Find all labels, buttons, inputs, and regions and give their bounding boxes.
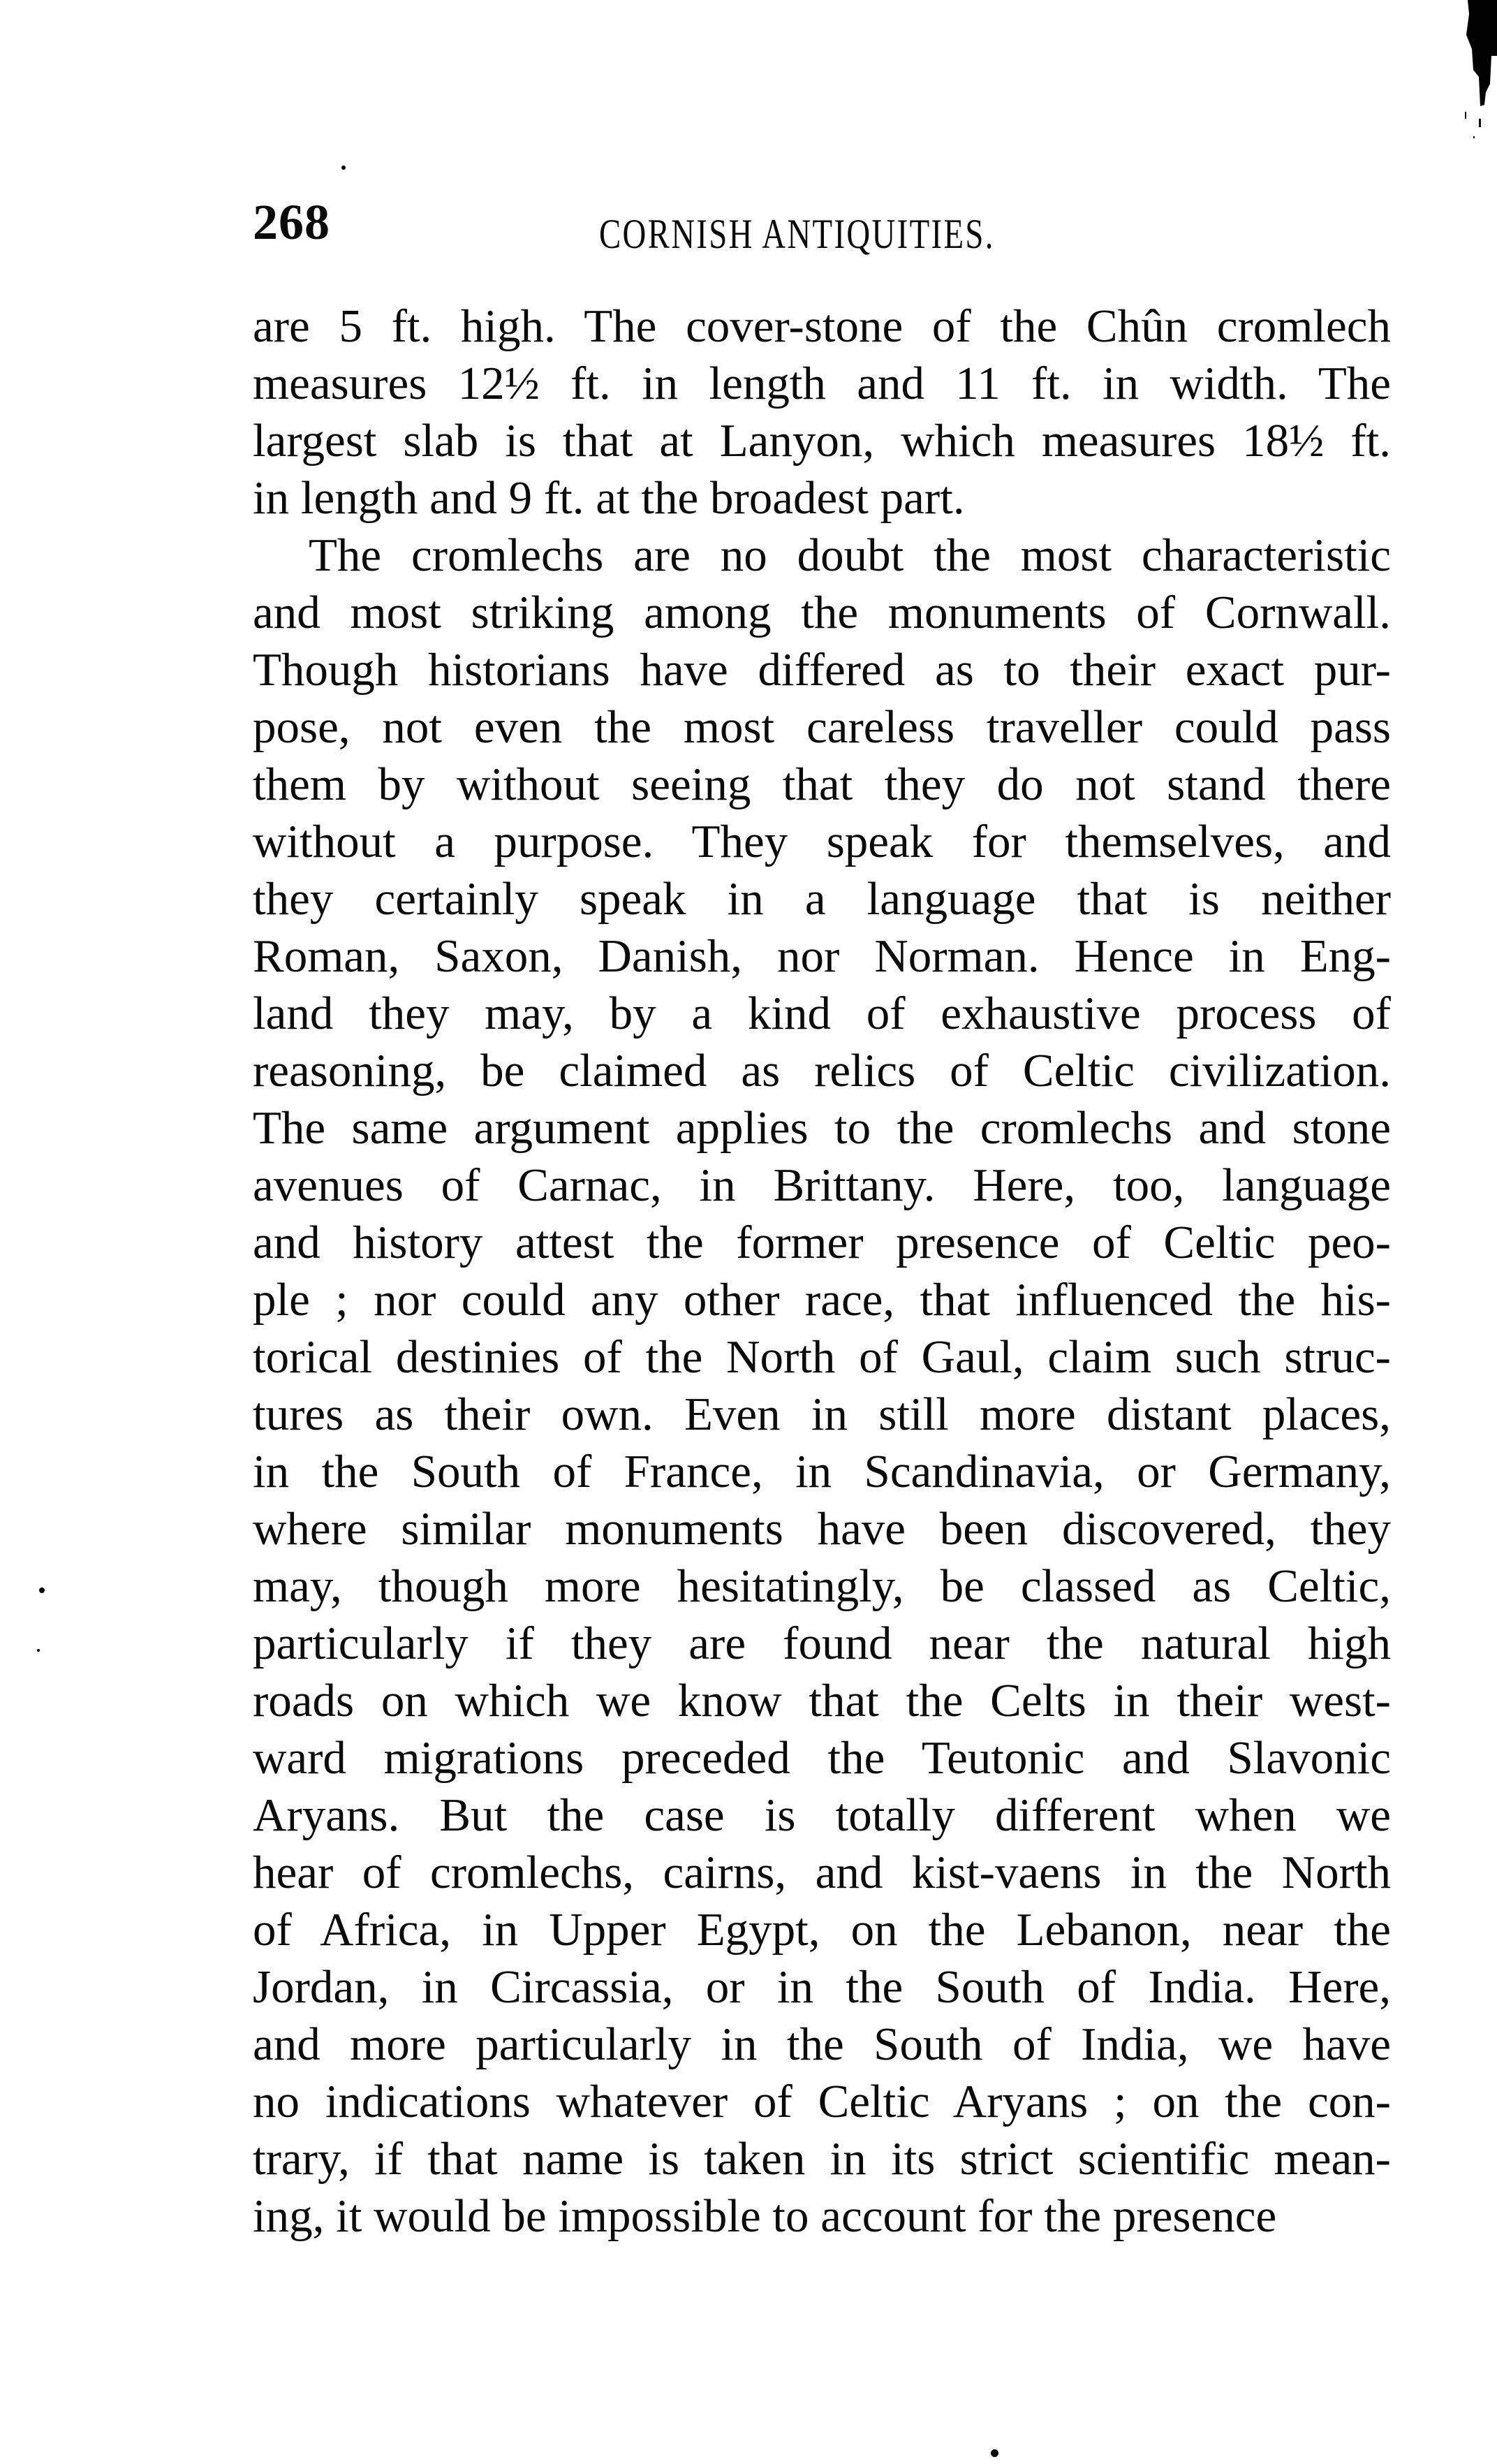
text-line: hear of cromlechs, cairns, and kist-vaen… — [253, 1844, 1391, 1901]
scan-speck — [37, 1649, 40, 1652]
body-text: are 5 ft. high. The cover-stone of the C… — [253, 298, 1391, 2245]
text-line: roads on which we know that the Celts in… — [253, 1672, 1391, 1729]
text-line: no indications whatever of Celtic Aryans… — [253, 2073, 1391, 2130]
scan-speck — [991, 2449, 998, 2457]
text-line: ing, it would be impossible to account f… — [253, 2187, 1391, 2245]
text-line: are 5 ft. high. The cover-stone of the C… — [253, 298, 1391, 355]
text-line: particularly if they are found near the … — [253, 1615, 1391, 1672]
text-line: avenues of Carnac, in Brittany. Here, to… — [253, 1157, 1391, 1214]
text-line: Jordan, in Circassia, or in the South of… — [253, 1958, 1391, 2016]
text-line: ward migrations preceded the Teutonic an… — [253, 1729, 1391, 1787]
text-line: measures 12½ ft. in length and 11 ft. in… — [253, 355, 1391, 412]
text-line: The same argument applies to the cromlec… — [253, 1099, 1391, 1157]
text-line: them by without seeing that they do not … — [253, 756, 1391, 813]
text-line-paragraph-end: in length and 9 ft. at the broadest part… — [253, 469, 1391, 527]
text-line: in the South of France, in Scandinavia, … — [253, 1443, 1391, 1500]
text-line: Roman, Saxon, Danish, nor Norman. Hence … — [253, 927, 1391, 985]
text-line: Though historians have differed as to th… — [253, 641, 1391, 698]
text-line: largest slab is that at Lanyon, which me… — [253, 412, 1391, 469]
running-head-text: CORNISH ANTIQUITIES. — [599, 210, 995, 258]
text-line: reasoning, be claimed as relics of Celti… — [253, 1042, 1391, 1099]
text-line: torical destinies of the North of Gaul, … — [253, 1328, 1391, 1386]
text-line: they certainly speak in a language that … — [253, 870, 1391, 927]
text-line: trary, if that name is taken in its stri… — [253, 2130, 1391, 2187]
text-line: and most striking among the monuments of… — [253, 584, 1391, 641]
page-number: 268 — [253, 194, 330, 250]
text-line: and more particularly in the South of In… — [253, 2016, 1391, 2073]
text-line: of Africa, in Upper Egypt, on the Lebano… — [253, 1901, 1391, 1958]
text-line: ple ; nor could any other race, that inf… — [253, 1271, 1391, 1328]
text-line: pose, not even the most careless travell… — [253, 698, 1391, 756]
text-line: land they may, by a kind of exhaustive p… — [253, 985, 1391, 1042]
text-line: Aryans. But the case is totally differen… — [253, 1787, 1391, 1844]
running-head: CORNISH ANTIQUITIES. — [599, 210, 1046, 258]
text-line: and history attest the former presence o… — [253, 1214, 1391, 1271]
text-line: may, though more hesitatingly, be classe… — [253, 1557, 1391, 1615]
text-line: tures as their own. Even in still more d… — [253, 1386, 1391, 1443]
scan-speck — [341, 166, 346, 170]
text-line-paragraph-start: The cromlechs are no doubt the most char… — [253, 527, 1391, 584]
text-line: where similar monuments have been discov… — [253, 1500, 1391, 1557]
scan-smudge — [1455, 0, 1497, 161]
text-line: without a purpose. They speak for themse… — [253, 813, 1391, 870]
scan-speck — [39, 1587, 45, 1593]
